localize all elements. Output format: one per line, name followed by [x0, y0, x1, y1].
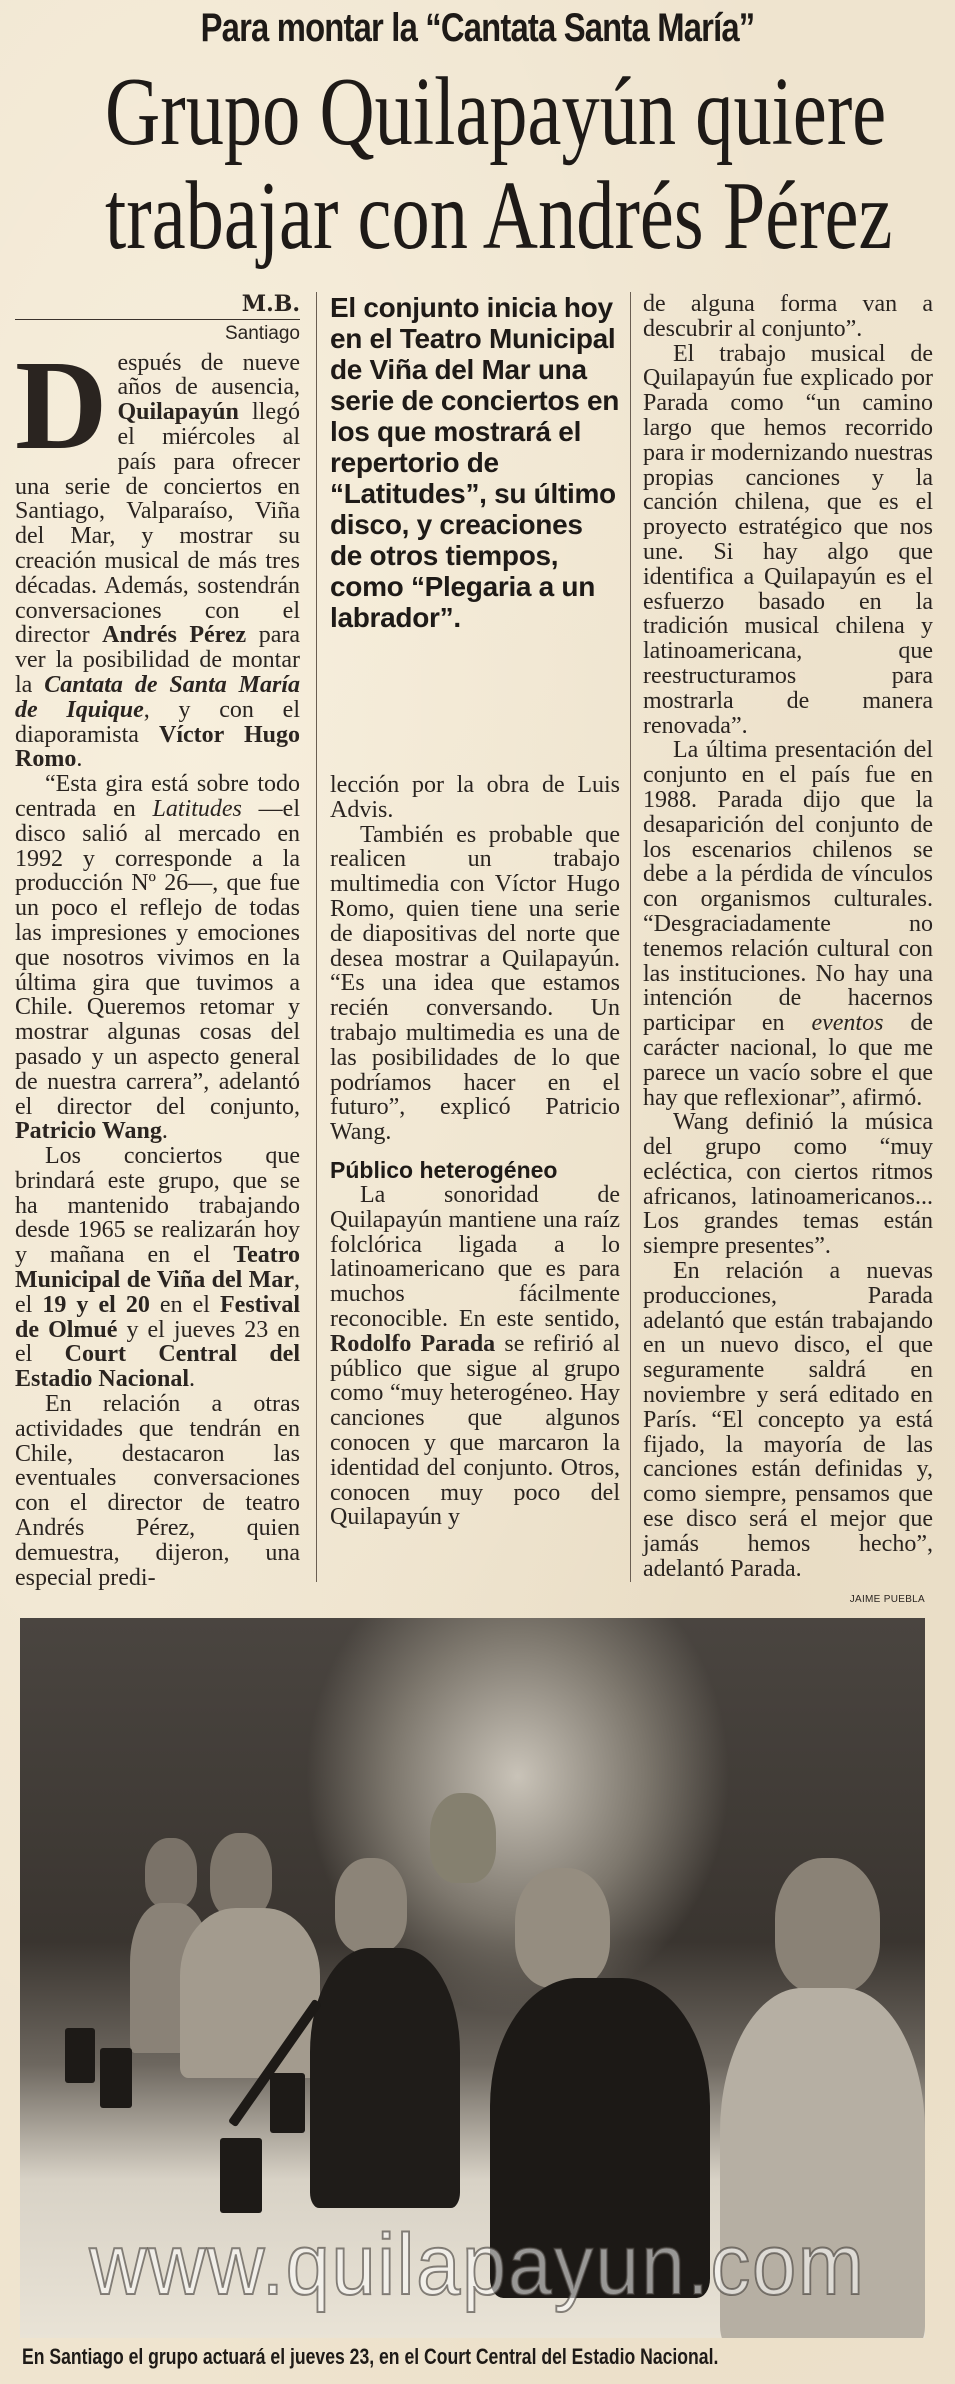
recorder-icon: [65, 2028, 95, 2083]
person-silhouette: [310, 1948, 460, 2208]
section-subhead: Público heterogéneo: [330, 1157, 620, 1183]
paragraph: de alguna forma van a descubrir al conju…: [643, 292, 933, 342]
person-silhouette: [210, 1833, 272, 1918]
bold-date: 19 y el 20: [42, 1292, 149, 1318]
paragraph: Después de nueve años de ausencia, Quila…: [15, 351, 300, 773]
italic-title: Latitudes: [153, 796, 242, 822]
article-column-1: M.B. Santiago Después de nueve años de a…: [15, 292, 300, 1590]
italic-word: eventos: [811, 1010, 883, 1036]
person-silhouette: [430, 1793, 496, 1883]
bold-name: Patricio Wang: [15, 1118, 162, 1144]
paragraph: El trabajo musical de Quilapayún fue exp…: [643, 342, 933, 739]
person-silhouette: [515, 1868, 610, 1988]
paragraph: “Esta gira está sobre todo centrada en L…: [15, 772, 300, 1144]
recorder-icon: [270, 2073, 305, 2133]
headline-line-1: Grupo Quilapayún quiere: [105, 60, 850, 164]
recorder-icon: [100, 2048, 132, 2108]
paragraph: Los conciertos que brindará este grupo, …: [15, 1144, 300, 1392]
paragraph: También es probable que realicen un trab…: [330, 823, 620, 1145]
person-silhouette: [145, 1838, 197, 1908]
recorder-icon: [220, 2138, 262, 2213]
kicker-headline: Para montar la “Cantata Santa María”: [86, 6, 869, 51]
photo-credit: JAIME PUEBLA: [850, 1594, 925, 1605]
paragraph: Wang definió la música del grupo como “m…: [643, 1110, 933, 1259]
column-rule-1: [316, 292, 317, 1582]
headline-line-2: trabajar con Andrés Pérez: [105, 164, 850, 268]
person-silhouette: [335, 1858, 407, 1953]
bold-name: Andrés Pérez: [102, 622, 246, 648]
article-column-2: El conjunto inicia hoy en el Teatro Muni…: [330, 292, 620, 1530]
paragraph: La última presentación del conjunto en e…: [643, 738, 933, 1110]
person-silhouette: [775, 1858, 880, 1993]
bold-name: Quilapayún: [117, 399, 238, 425]
person-silhouette: [180, 1908, 320, 2078]
paragraph: En relación a otras actividades que tend…: [15, 1392, 300, 1590]
main-headline: Grupo Quilapayún quiere trabajar con And…: [105, 60, 850, 268]
paragraph: La sonoridad de Quilapayún mantiene una …: [330, 1183, 620, 1530]
column-rule-2: [630, 292, 631, 1582]
website-watermark: www.quilapayun.com: [38, 2216, 917, 2315]
paragraph: En relación a nuevas producciones, Parad…: [643, 1259, 933, 1581]
bold-name: Rodolfo Parada: [330, 1331, 495, 1357]
photo-caption: En Santiago el grupo actuará el jueves 2…: [22, 2344, 718, 2370]
article-column-3: de alguna forma van a descubrir al conju…: [643, 292, 933, 1581]
paragraph: lección por la obra de Luis Advis.: [330, 773, 620, 823]
byline: M.B.: [15, 292, 300, 320]
drop-cap: D: [15, 357, 107, 453]
pull-quote: El conjunto inicia hoy en el Teatro Muni…: [330, 292, 620, 633]
